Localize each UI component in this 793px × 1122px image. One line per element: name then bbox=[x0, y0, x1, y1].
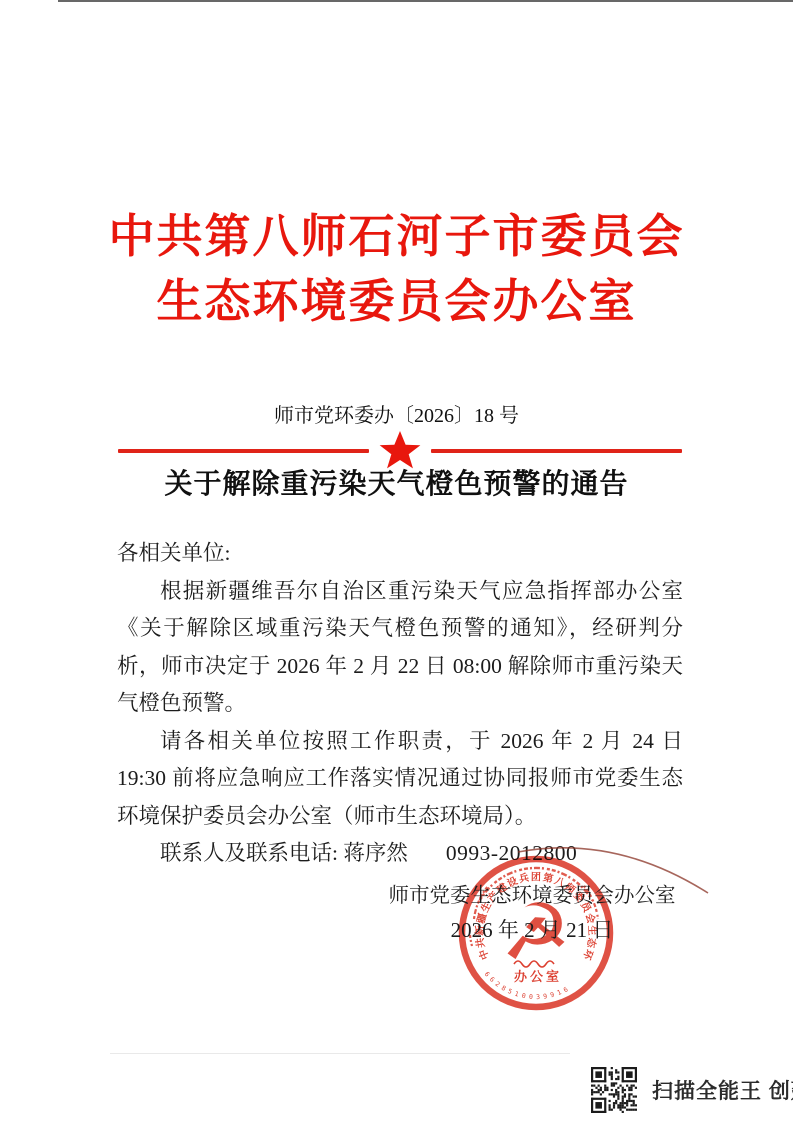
star-icon bbox=[377, 432, 423, 470]
scanner-watermark-label: 扫描全能王 创建 bbox=[652, 1075, 793, 1105]
document-body: 各相关单位: 根据新疆维吾尔自治区重污染天气应急指挥部办公室《关于解除区域重污染… bbox=[117, 535, 683, 873]
scan-streak-artifact bbox=[110, 1053, 570, 1054]
red-divider-left-segment bbox=[118, 449, 369, 453]
document-number: 师市党环委办〔2026〕18 号 bbox=[0, 403, 793, 429]
letterhead: 中共第八师石河子市委员会 生态环境委员会办公室 bbox=[0, 204, 793, 334]
document-title: 关于解除重污染天气橙色预警的通告 bbox=[0, 466, 793, 504]
document-page: 中共第八师石河子市委员会 生态环境委员会办公室 师市党环委办〔2026〕18 号… bbox=[0, 0, 793, 1122]
body-paragraph-2: 请各相关单位按照工作职责，于 2026 年 2 月 24 日 19:30 前将应… bbox=[117, 723, 683, 836]
red-divider bbox=[118, 432, 682, 470]
body-paragraph-1: 根据新疆维吾尔自治区重污染天气应急指挥部办公室《关于解除区域重污染天气橙色预警的… bbox=[117, 573, 683, 723]
scanner-watermark: 扫描全能王 创建 bbox=[591, 1067, 793, 1113]
letterhead-org-line1: 中共第八师石河子市委员会 bbox=[0, 204, 793, 269]
qr-code bbox=[591, 1067, 637, 1113]
scan-edge-artifact bbox=[58, 0, 793, 2]
letterhead-org-line2: 生态环境委员会办公室 bbox=[0, 269, 793, 334]
seal-bottom-text: 办公室 bbox=[514, 969, 562, 984]
signing-org: 师市党委生态环境委员会办公室 bbox=[388, 882, 676, 910]
salutation: 各相关单位: bbox=[117, 535, 683, 573]
signing-date: 2026 年 2 月 21 日 bbox=[388, 916, 676, 944]
contact-label: 联系人及联系电话: 蒋序然 bbox=[160, 841, 408, 865]
red-divider-right-segment bbox=[431, 449, 682, 453]
signature-block: 师市党委生态环境委员会办公室 2026 年 2 月 21 日 bbox=[388, 882, 676, 944]
